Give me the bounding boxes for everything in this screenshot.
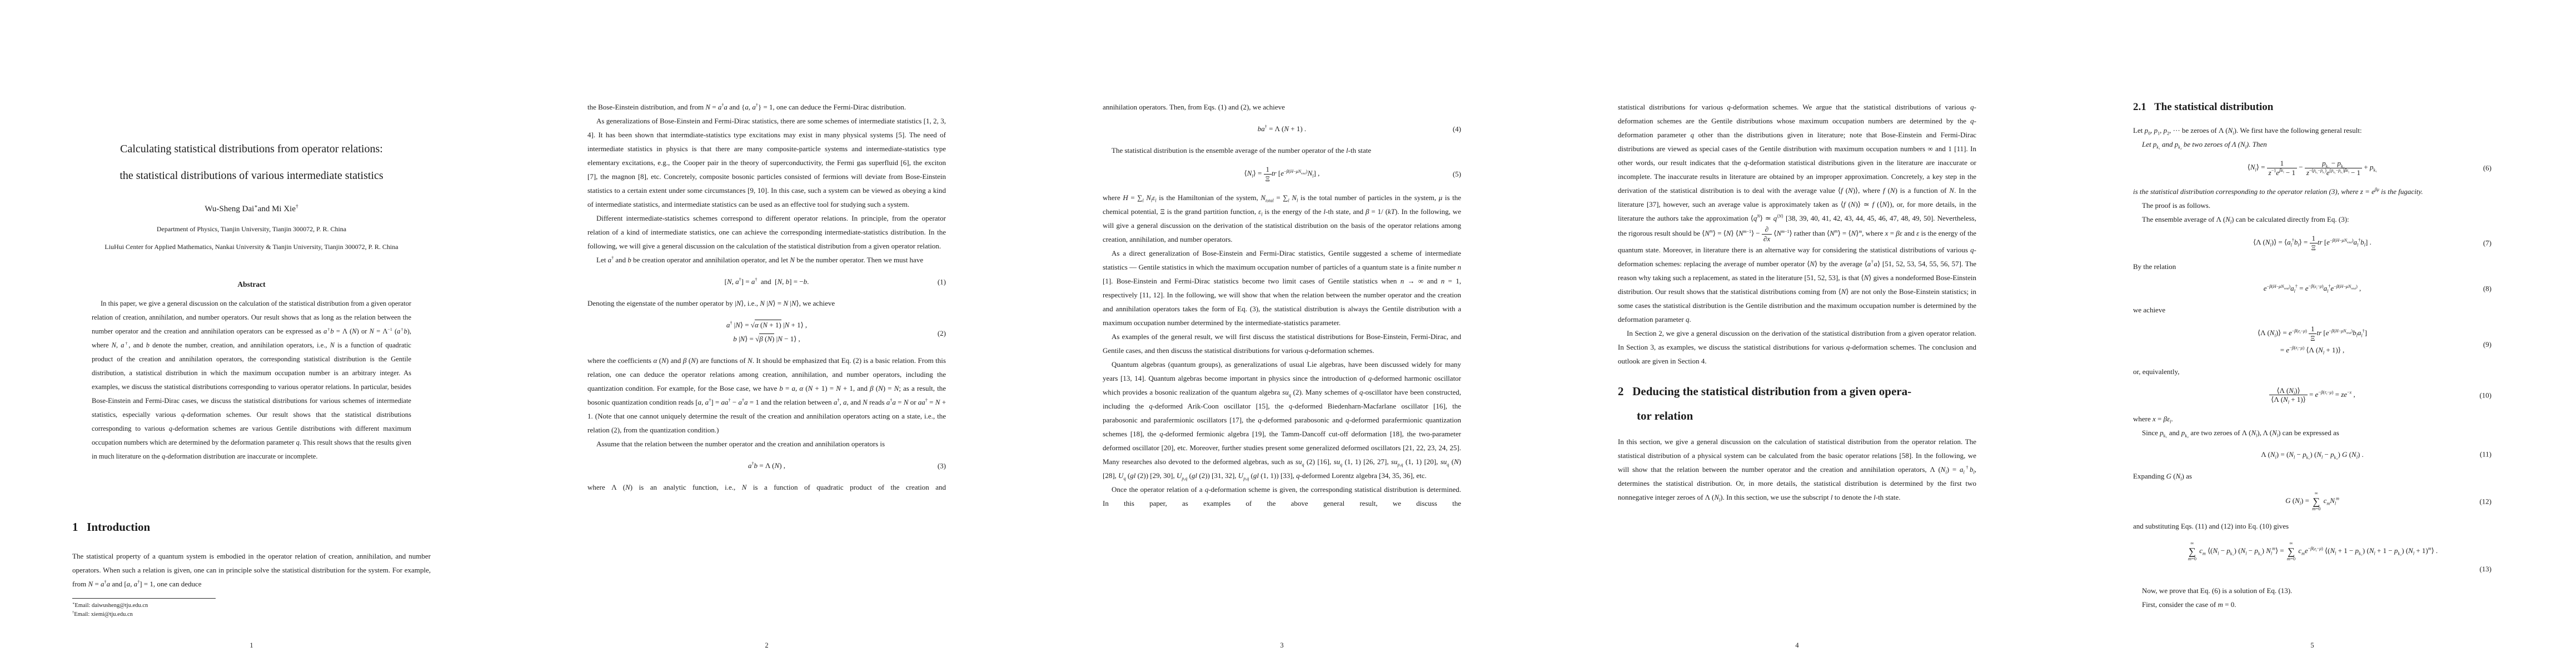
page-2-column: the Bose-Einstein distribution, and from… [587, 100, 946, 494]
paragraph: annihilation operators. Then, from Eqs. … [1103, 100, 1461, 114]
paragraph: Once the operator relation of a q-deform… [1103, 482, 1461, 510]
section-heading-deducing: 2 Deducing the statistical distribution … [1618, 379, 1976, 428]
page-4-column: statistical distributions for various q-… [1618, 100, 1976, 504]
page-number: 2 [587, 641, 946, 650]
paragraph: Denoting the eigenstate of the number op… [587, 296, 946, 310]
page-5: 2.1 The statistical distribution Let p0,… [2061, 0, 2576, 667]
paragraph: By the relation [2133, 260, 2492, 273]
equation-body: ⟨Nl⟩ = 1Ξtr [e−β(H−μNtotal)Nl] , [1244, 169, 1320, 177]
page-number: 5 [2133, 641, 2492, 650]
paragraph: Assume that the relation between the num… [587, 437, 946, 451]
paragraph: The ensemble average of Λ (Nl) can be ca… [2133, 212, 2492, 226]
paragraph: In this section, we give a general discu… [1618, 435, 1976, 504]
footnote-email-2: †Email: xiemi@tju.edu.cn [72, 610, 133, 619]
page-1: Calculating statistical distributions fr… [0, 0, 515, 667]
equation-body: ∞∑m=0 cm ⟨(Nl − pk₁) (Nl − pk₂) Nlm⟩ = ∞… [2187, 546, 2438, 555]
paragraph: Let a† and b be creation operator and an… [587, 253, 946, 267]
footnote-rule [72, 598, 216, 599]
paragraph: The statistical property of a quantum sy… [72, 549, 431, 591]
section-heading-introduction: 1 Introduction [72, 520, 150, 534]
equation-number: (9) [2483, 337, 2492, 351]
paragraph: the Bose-Einstein distribution, and from… [587, 100, 946, 114]
paragraph: Different intermediate-statistics scheme… [587, 211, 946, 253]
equation-body: ⟨Λ (Nl)⟩ = ⟨al†bl⟩ = 1Ξtr [e−β(H−μNtotal… [2253, 238, 2371, 246]
page-5-column: 2.1 The statistical distribution Let p0,… [2133, 100, 2492, 611]
equation-number: (12) [2479, 494, 2492, 508]
abstract-heading: Abstract [72, 280, 431, 289]
equation-body: ⟨Λ (Nl)⟩⟨Λ (Nl + 1)⟩ = e−β(εl−μ) = ze−x … [2269, 390, 2355, 399]
equation-body: ⟨Λ (Nl)⟩ = e−β(εl−μ) 1Ξtr [e−β(H−μNtotal… [2133, 325, 2492, 356]
display-equation-5: ⟨Nl⟩ = 1Ξtr [e−β(H−μNtotal)Nl] , (5) [1103, 165, 1461, 183]
paragraph: we achieve [2133, 303, 2492, 317]
paragraph: First, consider the case of m = 0. [2133, 598, 2492, 611]
paragraph: where Λ (N) is an analytic function, i.e… [587, 480, 946, 494]
equation-body: [N, a†] = a† and [N, b] = −b. [725, 277, 809, 286]
page-3: annihilation operators. Then, from Eqs. … [1030, 0, 1546, 667]
display-equation-8: e−β(H−μNtotal)al† = e−β(εl−μ)al†e−β(H−μN… [2133, 281, 2492, 295]
page-number: 4 [1618, 641, 1976, 650]
equation-number: (2) [938, 326, 946, 340]
theorem-statement: is the statistical distribution correspo… [2133, 185, 2492, 198]
paragraph: Since pk₁ and pk₂ are two zeroes of Λ (N… [2133, 426, 2492, 440]
authors: Wu-Sheng Dai∗and Mi Xie† [72, 203, 431, 215]
section-heading-line-1: 2 Deducing the statistical distribution … [1618, 385, 1911, 398]
equation-number: (13) [2133, 562, 2492, 576]
page-number: 3 [1103, 641, 1461, 650]
equation-number: (5) [1453, 167, 1461, 181]
paragraph: Quantum algebras (quantum groups), as ge… [1103, 357, 1461, 482]
paragraph: As generalizations of Bose-Einstein and … [587, 114, 946, 211]
display-equation-2: a† |N⟩ = √α (N + 1) |N + 1⟩ ,b |N⟩ = √β … [587, 318, 946, 346]
theorem-statement: Let pk₁ and pk₂ be two zeroes of Λ (Nl).… [2133, 137, 2492, 151]
display-equation-11: Λ (Nl) = (Nl − pk₁) (Nl − pk₂) G (Nl) . … [2133, 447, 2492, 461]
paragraph: The statistical distribution is the ense… [1103, 143, 1461, 157]
equation-number: (11) [2480, 447, 2492, 461]
equation-body: G (Nl) = ∞∑m=0 cmNlm [2285, 496, 2339, 505]
paper-title-line-1: Calculating statistical distributions fr… [72, 136, 431, 162]
section-heading-line-2: tor relation [1637, 409, 1693, 422]
equation-body: a†b = Λ (N) , [748, 461, 785, 470]
display-equation-10: ⟨Λ (Nl)⟩⟨Λ (Nl + 1)⟩ = e−β(εl−μ) = ze−x … [2133, 386, 2492, 404]
display-equation-13: ∞∑m=0 cm ⟨(Nl − pk₁) (Nl − pk₂) Nlm⟩ = ∞… [2133, 541, 2492, 576]
page-3-column: annihilation operators. Then, from Eqs. … [1103, 100, 1461, 510]
display-equation-4: ba† = Λ (N + 1) . (4) [1103, 122, 1461, 136]
abstract-text: In this paper, we give a general discuss… [92, 297, 411, 464]
paragraph: where H = ∑l Nlεl is the Hamiltonian of … [1103, 191, 1461, 246]
paragraph: where the coefficients α (N) and β (N) a… [587, 354, 946, 437]
paragraph: In Section 2, we give a general discussi… [1618, 326, 1976, 368]
equation-body: ⟨Nl⟩ = 1z−1eβεl − 1 − pk₂ − pk₁z−(pk₂−pk… [2248, 163, 2377, 171]
affiliation-1: Department of Physics, Tianjin Universit… [72, 225, 431, 233]
display-equation-1: [N, a†] = a† and [N, b] = −b. (1) [587, 275, 946, 288]
paper-title: Calculating statistical distributions fr… [72, 136, 431, 189]
equation-body: Λ (Nl) = (Nl − pk₁) (Nl − pk₂) G (Nl) . [2261, 450, 2364, 459]
subsection-heading-statistical-distribution: 2.1 The statistical distribution [2133, 100, 2492, 115]
paragraph: Now, we prove that Eq. (6) is a solution… [2133, 584, 2492, 598]
affiliation-2: LiuHui Center for Applied Mathematics, N… [50, 242, 453, 251]
paragraph: Let p0, p1, p2, ··· be zeroes of Λ (Nl).… [2133, 123, 2492, 137]
equation-body: ba† = Λ (N + 1) . [1258, 125, 1306, 133]
equation-number: (3) [938, 459, 946, 472]
display-equation-6: ⟨Nl⟩ = 1z−1eβεl − 1 − pk₂ − pk₁z−(pk₂−pk… [2133, 159, 2492, 177]
paragraph: Expanding G (Nl) as [2133, 469, 2492, 483]
equation-number: (8) [2483, 281, 2492, 295]
paragraph: or, equivalently, [2133, 365, 2492, 379]
paper-title-line-2: the statistical distributions of various… [72, 162, 431, 189]
equation-number: (10) [2479, 388, 2492, 402]
paragraph: and substituting Eqs. (11) and (12) into… [2133, 519, 2492, 533]
page-2: the Bose-Einstein distribution, and from… [515, 0, 1030, 667]
paper-document: arXiv:1312.4856v1 [cond-mat.stat-mech] 1… [0, 0, 2576, 667]
display-equation-12: G (Nl) = ∞∑m=0 cmNlm (12) [2133, 491, 2492, 512]
page-4: statistical distributions for various q-… [1546, 0, 2061, 667]
paragraph: As examples of the general result, we wi… [1103, 330, 1461, 357]
paragraph: As a direct generalization of Bose-Einst… [1103, 246, 1461, 330]
display-equation-7: ⟨Λ (Nl)⟩ = ⟨al†bl⟩ = 1Ξtr [e−β(H−μNtotal… [2133, 234, 2492, 252]
equation-number: (1) [938, 275, 946, 288]
display-equation-3: a†b = Λ (N) , (3) [587, 459, 946, 472]
equation-number: (6) [2483, 161, 2492, 175]
equation-number: (7) [2483, 236, 2492, 250]
equation-body: a† |N⟩ = √α (N + 1) |N + 1⟩ ,b |N⟩ = √β … [587, 318, 946, 346]
equation-number: (4) [1453, 122, 1461, 136]
page-number: 1 [72, 641, 431, 650]
paragraph: The proof is as follows. [2133, 198, 2492, 212]
display-equation-9: ⟨Λ (Nl)⟩ = e−β(εl−μ) 1Ξtr [e−β(H−μNtotal… [2133, 325, 2492, 356]
footnote-email-1: ∗Email: daiwusheng@tju.edu.cn [72, 601, 148, 610]
paragraph: statistical distributions for various q-… [1618, 100, 1976, 326]
equation-body: e−β(H−μNtotal)al† = e−β(εl−μ)al†e−β(H−μN… [2264, 284, 2361, 292]
paragraph: where x = βεl. [2133, 412, 2492, 426]
